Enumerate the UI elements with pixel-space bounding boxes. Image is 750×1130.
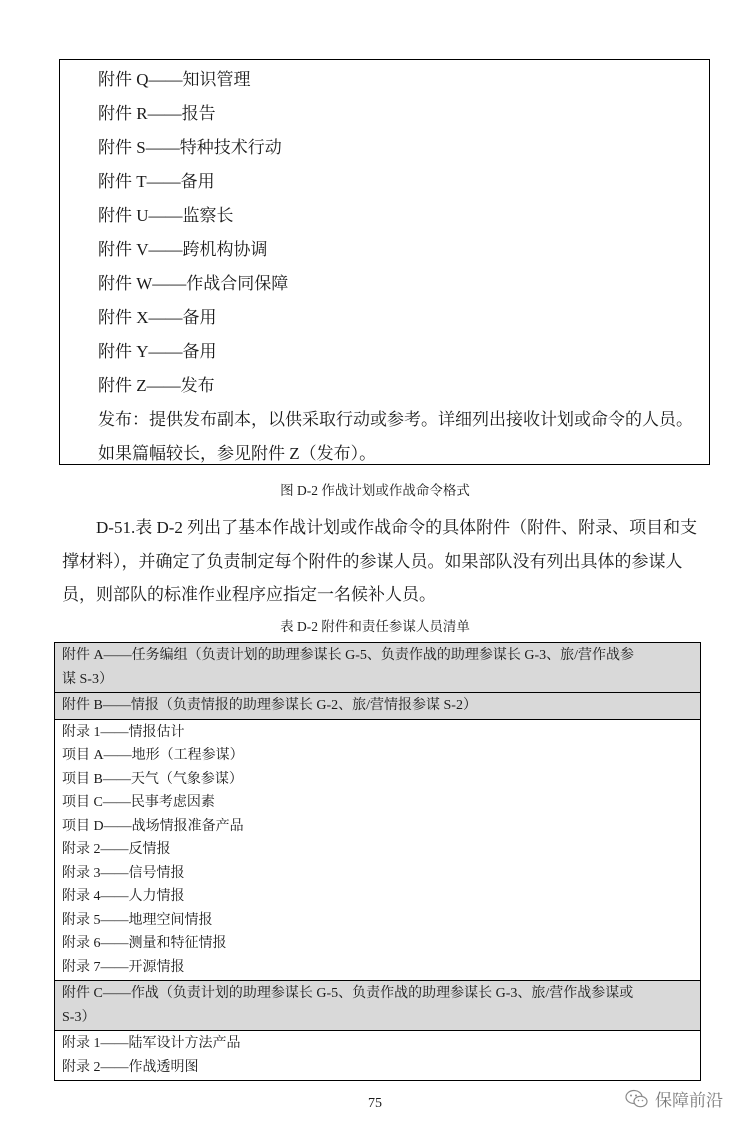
box-line: 附件 U——监察长: [98, 206, 234, 226]
box-line: 附件 X——备用: [98, 308, 217, 328]
figure-caption: 图 D-2 作战计划或作战命令格式: [0, 479, 750, 499]
box-line: 附件 Z——发布: [98, 376, 215, 396]
watermark-text: 保障前沿: [655, 1086, 723, 1111]
watermark: 保障前沿: [625, 1086, 723, 1111]
annex-table: 附件 A——任务编组（负责计划的助理参谋长 G-5、负责作战的助理参谋长 G-3…: [54, 642, 701, 1081]
table-row-annex-a: 附件 A——任务编组（负责计划的助理参谋长 G-5、负责作战的助理参谋长 G-3…: [55, 643, 700, 692]
box-line: 附件 R——报告: [98, 104, 216, 124]
box-line: 发布：提供发布副本，以供采取行动或参考。详细列出接收计划或命令的人员。: [98, 410, 693, 430]
row-line: 附录 5——地理空间情报: [62, 909, 693, 933]
table-row-annex-c: 附件 C——作战（负责计划的助理参谋长 G-5、负责作战的助理参谋长 G-3、旅…: [55, 980, 700, 1030]
paragraph-line: 撑材料），并确定了负责制定每个附件的参谋人员。如果部队没有列出具体的参谋人: [62, 545, 712, 579]
row-line: 附录 3——信号情报: [62, 862, 693, 886]
row-line: 附件 A——任务编组（负责计划的助理参谋长 G-5、负责作战的助理参谋长 G-3…: [62, 644, 693, 668]
box-line: 附件 S——特种技术行动: [98, 138, 282, 158]
paragraph-line: 员，则部队的标准作业程序应指定一名候补人员。: [62, 578, 712, 612]
row-line: 项目 C——民事考虑因素: [62, 791, 693, 815]
row-line: 附件 C——作战（负责计划的助理参谋长 G-5、负责作战的助理参谋长 G-3、旅…: [62, 982, 693, 1006]
row-line: 附录 7——开源情报: [62, 956, 693, 980]
figure-box: 附件 Q——知识管理 附件 R——报告 附件 S——特种技术行动 附件 T——备…: [59, 59, 710, 465]
table-row-annex-b: 附件 B——情报（负责情报的助理参谋长 G-2、旅/营情报参谋 S-2）: [55, 692, 700, 719]
row-line: 附件 B——情报（负责情报的助理参谋长 G-2、旅/营情报参谋 S-2）: [62, 694, 693, 718]
box-line: 附件 V——跨机构协调: [98, 240, 268, 260]
row-line: 项目 D——战场情报准备产品: [62, 815, 693, 839]
box-line: 附件 T——备用: [98, 172, 215, 192]
wechat-icon: [625, 1089, 649, 1109]
row-line: 附录 4——人力情报: [62, 885, 693, 909]
box-line: 附件 Q——知识管理: [98, 70, 251, 90]
box-line: 附件 W——作战合同保障: [98, 274, 288, 294]
body-paragraph: D-51.表 D-2 列出了基本作战计划或作战命令的具体附件（附件、附录、项目和…: [62, 511, 712, 612]
row-line: S-3）: [62, 1006, 693, 1030]
table-caption: 表 D-2 附件和责任参谋人员清单: [0, 615, 750, 635]
paragraph-line: D-51.表 D-2 列出了基本作战计划或作战命令的具体附件（附件、附录、项目和…: [96, 518, 697, 537]
box-line: 附件 Y——备用: [98, 342, 217, 362]
row-line: 项目 B——天气（气象参谋）: [62, 768, 693, 792]
row-line: 谋 S-3）: [62, 668, 693, 692]
row-line: 附录 1——情报估计: [62, 721, 693, 745]
box-line: 如果篇幅较长，参见附件 Z（发布）。: [98, 444, 376, 464]
table-row-annex-b-appendices: 附录 1——情报估计 项目 A——地形（工程参谋） 项目 B——天气（气象参谋）…: [55, 719, 700, 981]
row-line: 项目 A——地形（工程参谋）: [62, 744, 693, 768]
row-line: 附录 2——作战透明图: [62, 1056, 693, 1080]
row-line: 附录 2——反情报: [62, 838, 693, 862]
table-row-annex-c-appendices: 附录 1——陆军设计方法产品 附录 2——作战透明图: [55, 1030, 700, 1080]
row-line: 附录 6——测量和特征情报: [62, 932, 693, 956]
row-line: 附录 1——陆军设计方法产品: [62, 1032, 693, 1056]
